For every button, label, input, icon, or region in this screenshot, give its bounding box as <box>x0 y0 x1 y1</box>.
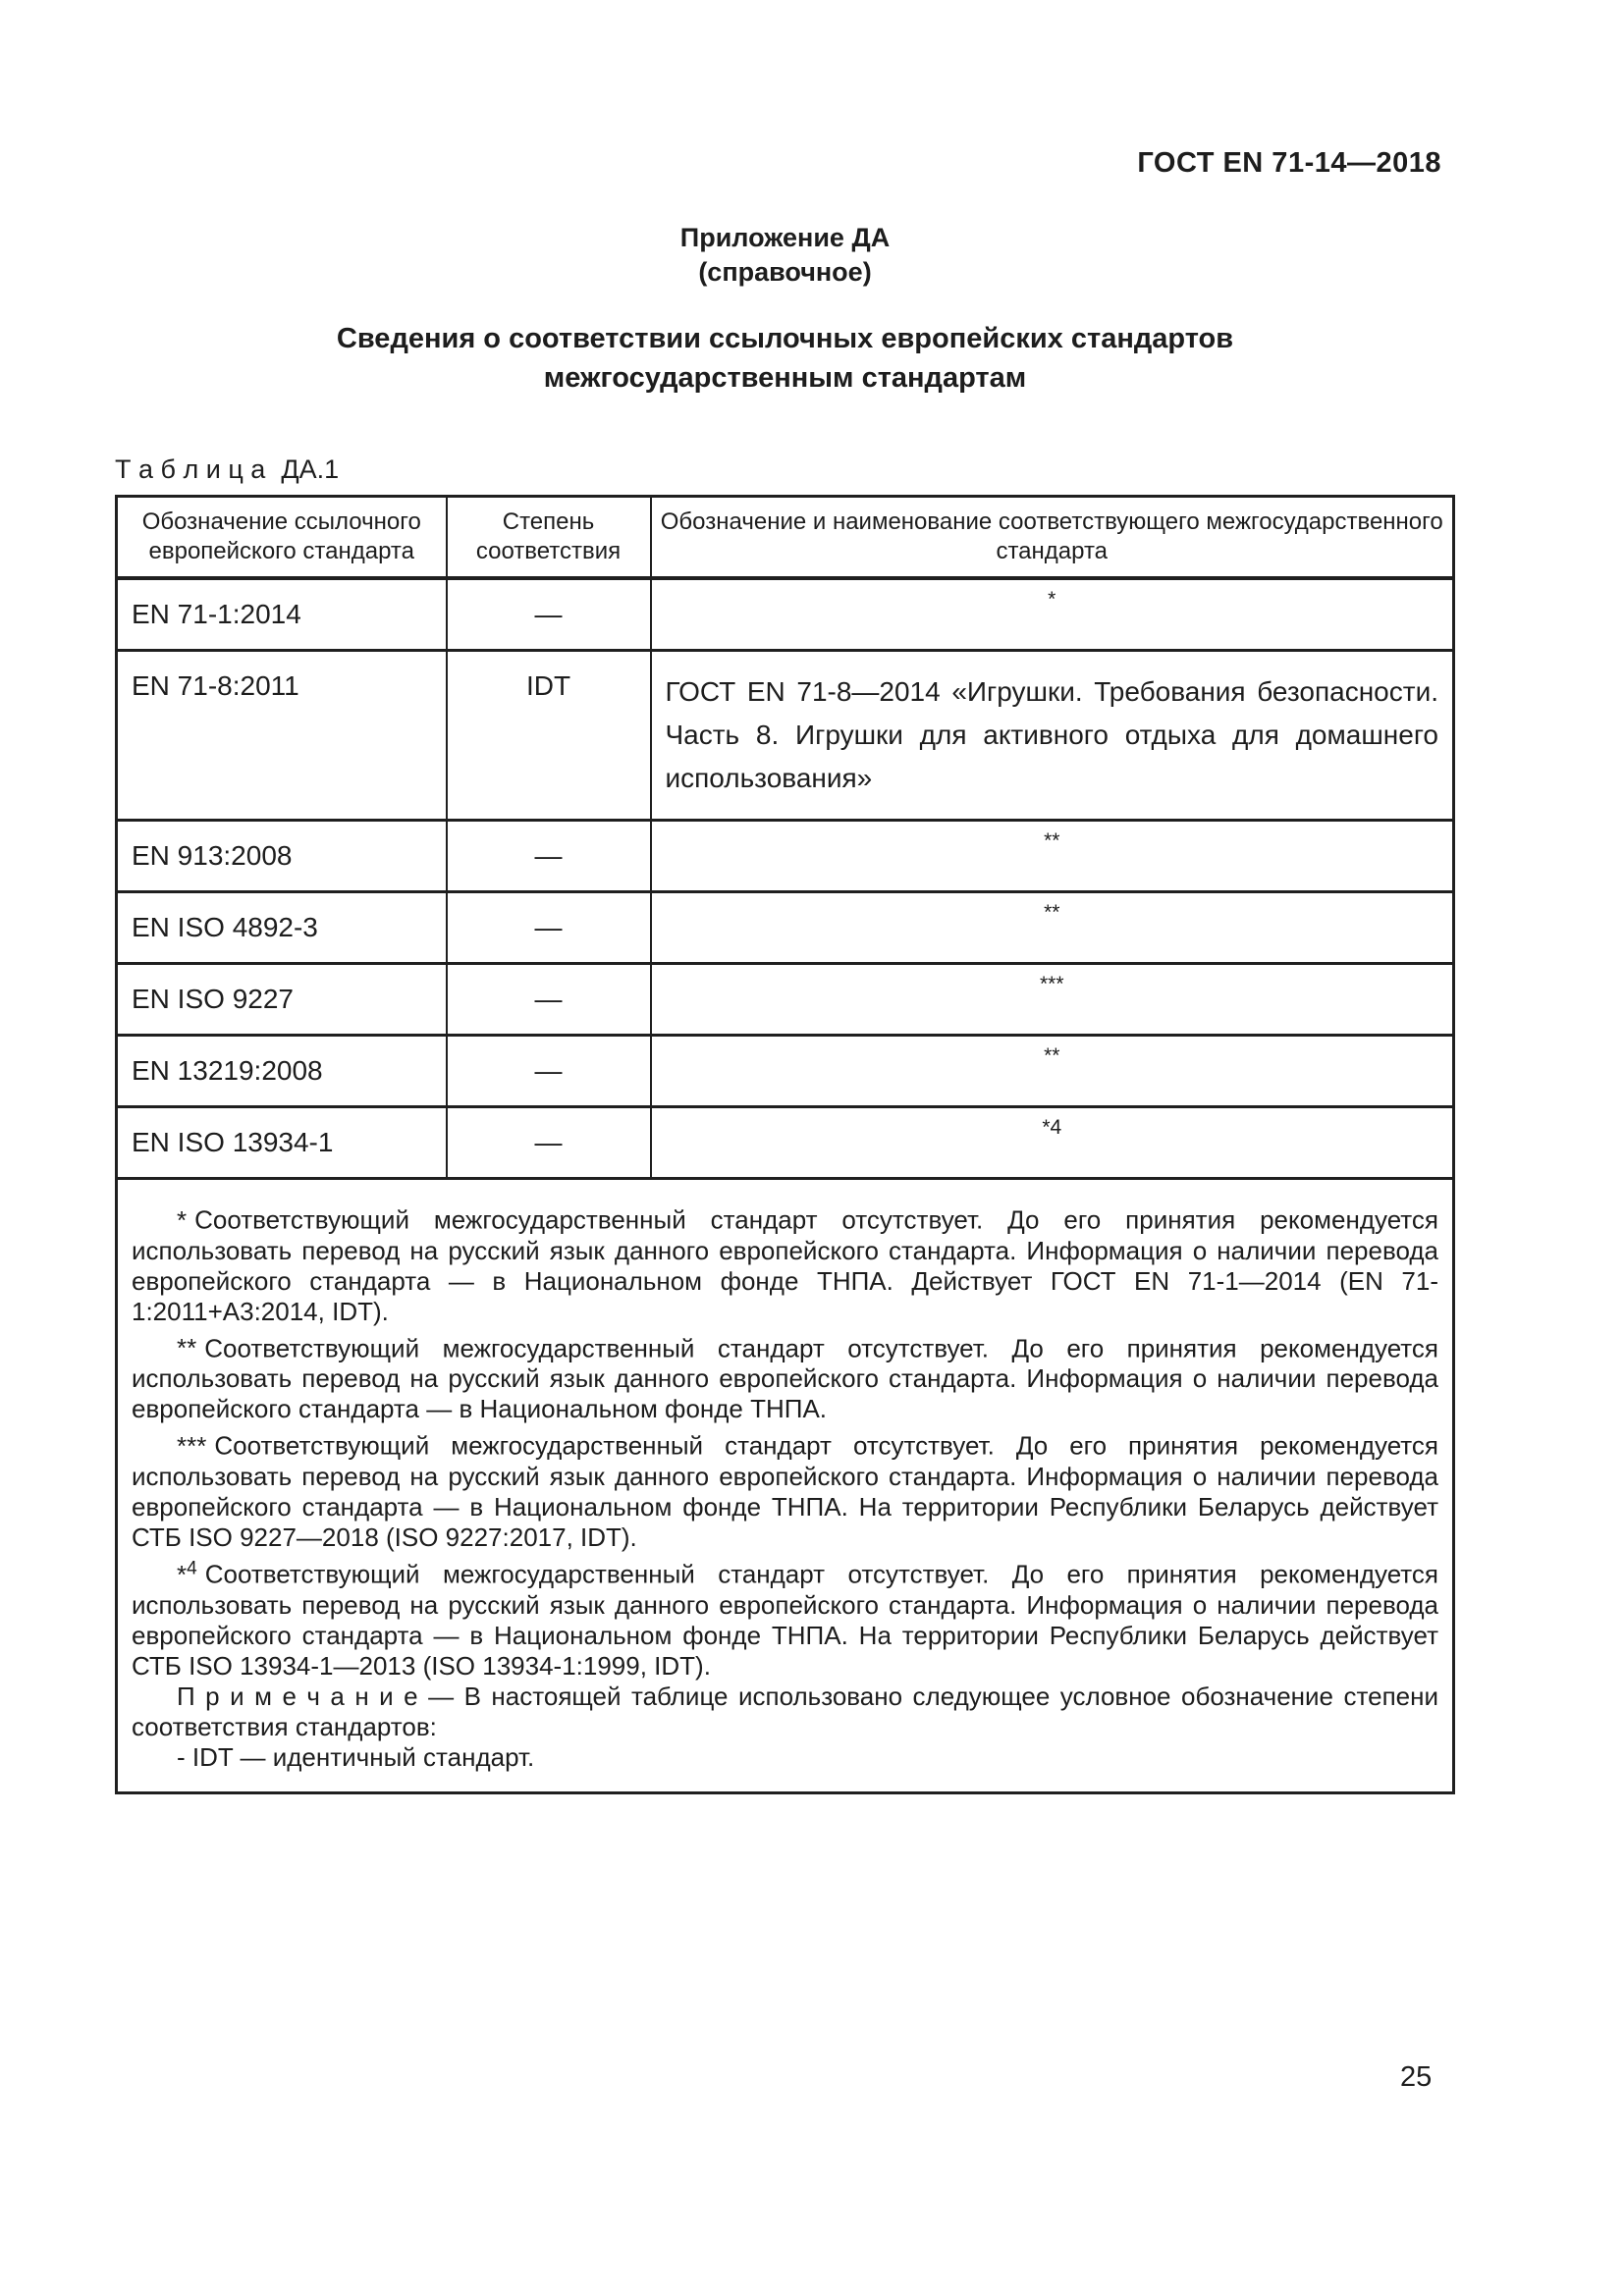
column-header-interstate-standard: Обозначение и наименование соответствующ… <box>651 497 1454 579</box>
cell-standard: EN ISO 9227 <box>117 964 447 1036</box>
table-row: EN 13219:2008 — ** <box>117 1036 1454 1107</box>
appendix-type: (справочное) <box>115 255 1455 290</box>
cell-reference: ** <box>651 1036 1454 1107</box>
table-row: EN ISO 9227 — *** <box>117 964 1454 1036</box>
table-row: EN 71-8:2011 IDT ГОСТ EN 71-8—2014 «Игру… <box>117 651 1454 821</box>
cell-standard: EN 71-8:2011 <box>117 651 447 821</box>
table-note-item: - IDT — идентичный стандарт. <box>132 1742 1438 1773</box>
standards-correspondence-table: Обозначение ссылочного европейского стан… <box>115 495 1455 1794</box>
cell-degree: — <box>447 1107 651 1179</box>
footnote-text: Соответствующий межгосударственный станд… <box>132 1431 1438 1552</box>
table-header-row: Обозначение ссылочного европейского стан… <box>117 497 1454 579</box>
cell-standard: EN 71-1:2014 <box>117 578 447 651</box>
page-title: Сведения о соответствии ссылочных европе… <box>115 319 1455 398</box>
document-page: ГОСТ EN 71-14—2018 Приложение ДА (справо… <box>0 0 1624 2296</box>
page-number: 25 <box>1400 2061 1432 2094</box>
footnote-marker: * <box>177 1205 187 1235</box>
footnotes-cell: *Соответствующий межгосударственный стан… <box>117 1179 1454 1793</box>
cell-degree: — <box>447 821 651 892</box>
cell-reference: ** <box>651 821 1454 892</box>
cell-degree: — <box>447 1036 651 1107</box>
footnote: *4Соответствующий межгосударственный ста… <box>132 1553 1438 1682</box>
table-caption-number: ДА.1 <box>281 454 339 484</box>
table-caption-word: Т а б л и ц а <box>115 454 265 484</box>
footnote-ref-marker: *** <box>1040 973 1064 995</box>
cell-reference: *** <box>651 964 1454 1036</box>
cell-reference: ГОСТ EN 71-8—2014 «Игрушки. Требования б… <box>651 651 1454 821</box>
table-row: EN ISO 13934-1 — *4 <box>117 1107 1454 1179</box>
table-row: EN 71-1:2014 — * <box>117 578 1454 651</box>
title-line-1: Сведения о соответствии ссылочных европе… <box>115 319 1455 358</box>
column-header-european-standard: Обозначение ссылочного европейского стан… <box>117 497 447 579</box>
cell-degree: — <box>447 578 651 651</box>
footnote-ref-marker: ** <box>1044 829 1059 852</box>
column-header-degree: Степень соответствия <box>447 497 651 579</box>
footnote-ref-marker: * <box>1048 588 1056 611</box>
footnote: *Соответствующий межгосударственный стан… <box>132 1199 1438 1327</box>
table-note: П р и м е ч а н и е — В настоящей таблиц… <box>132 1682 1438 1742</box>
footnote-marker: ** <box>177 1333 196 1362</box>
cell-standard: EN ISO 13934-1 <box>117 1107 447 1179</box>
footnote-text: Соответствующий межгосударственный станд… <box>132 1560 1438 1681</box>
cell-reference: ** <box>651 892 1454 964</box>
footnote: ***Соответствующий межгосударственный ст… <box>132 1424 1438 1553</box>
footnotes-row: *Соответствующий межгосударственный стан… <box>117 1179 1454 1793</box>
cell-reference: * <box>651 578 1454 651</box>
table-row: EN ISO 4892-3 — ** <box>117 892 1454 964</box>
cell-standard: EN 913:2008 <box>117 821 447 892</box>
footnote-ref-marker: ** <box>1044 1044 1059 1067</box>
footnote-text: Соответствующий межгосударственный станд… <box>132 1205 1438 1326</box>
table-row: EN 913:2008 — ** <box>117 821 1454 892</box>
footnote-marker: *4 <box>177 1560 197 1589</box>
footnote-ref-marker: *4 <box>1042 1116 1061 1139</box>
footnote-ref-marker: ** <box>1044 901 1059 924</box>
cell-degree: — <box>447 892 651 964</box>
cell-standard: EN 13219:2008 <box>117 1036 447 1107</box>
appendix-label: Приложение ДА <box>115 221 1455 255</box>
footnote-text: Соответствующий межгосударственный станд… <box>132 1333 1438 1423</box>
doc-number: ГОСТ EN 71-14—2018 <box>115 147 1455 180</box>
cell-degree: — <box>447 964 651 1036</box>
cell-degree: IDT <box>447 651 651 821</box>
table-caption: Т а б л и ц аДА.1 <box>115 454 1455 485</box>
footnote-marker: *** <box>177 1431 206 1461</box>
cell-standard: EN ISO 4892-3 <box>117 892 447 964</box>
page-content: ГОСТ EN 71-14—2018 Приложение ДА (справо… <box>115 0 1455 1794</box>
cell-reference: *4 <box>651 1107 1454 1179</box>
title-line-2: межгосударственным стандартам <box>115 358 1455 398</box>
appendix-heading: Приложение ДА (справочное) <box>115 221 1455 290</box>
footnote: **Соответствующий межгосударственный ста… <box>132 1327 1438 1425</box>
interstate-standard-text: ГОСТ EN 71-8—2014 «Игрушки. Требования б… <box>666 676 1439 793</box>
